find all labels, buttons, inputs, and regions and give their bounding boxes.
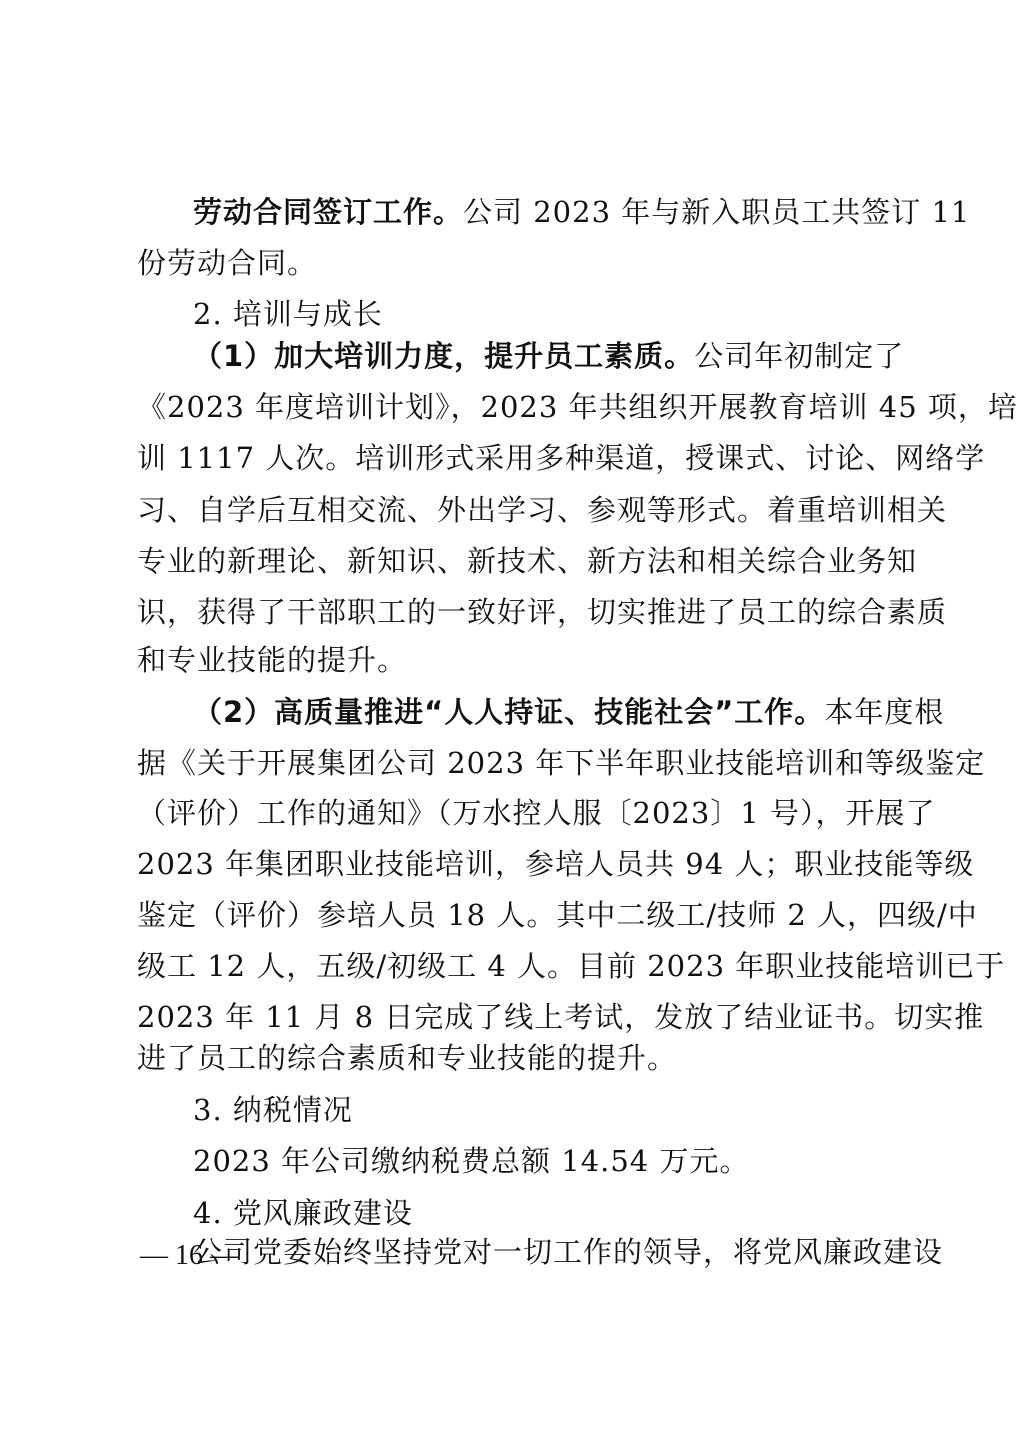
line-text: 和专业技能的提升。 (137, 643, 407, 677)
text-line: 《2023 年度培训计划》，2023 年共组织开展教育培训 45 项，培 (137, 387, 897, 427)
text-line: 2023 年集团职业技能培训，参培人员共 94 人；职业技能等级 (137, 844, 897, 884)
text-line: 据《关于开展集团公司 2023 年下半年职业技能培训和等级鉴定 (137, 743, 897, 783)
line-text: 2023 年 11 月 8 日完成了线上考试，发放了结业证书。切实推 (137, 1000, 984, 1034)
line-text: 3. 纳税情况 (193, 1093, 353, 1127)
text-line: 劳动合同签订工作。公司 2023 年与新入职员工共签订 11 (193, 192, 897, 232)
text-line: （1）加大培训力度，提升员工素质。公司年初制定了 (193, 336, 897, 376)
line-text: 份劳动合同。 (137, 246, 317, 280)
line-text: 公司年初制定了 (694, 339, 904, 373)
bold-heading: （2）高质量推进“人人持证、技能社会”工作。 (193, 695, 824, 729)
line-text: （评价）工作的通知》（万水控人服〔2023〕1 号），开展了 (137, 796, 935, 830)
bold-heading: （1）加大培训力度，提升员工素质。 (193, 339, 694, 373)
line-text: 专业的新理论、新知识、新技术、新方法和相关综合业务知 (137, 544, 917, 578)
line-text: 2023 年公司缴纳税费总额 14.54 万元。 (193, 1144, 749, 1178)
text-line: 2023 年公司缴纳税费总额 14.54 万元。 (193, 1141, 897, 1181)
line-text: 级工 12 人，五级/初级工 4 人。目前 2023 年职业技能培训已于 (137, 949, 1005, 983)
line-text: 公司党委始终坚持党对一切工作的领导，将党风廉政建设 (193, 1235, 943, 1269)
text-line: 级工 12 人，五级/初级工 4 人。目前 2023 年职业技能培训已于 (137, 946, 897, 986)
line-text: 4. 党风廉政建设 (193, 1196, 413, 1230)
bold-heading: 劳动合同签订工作。 (193, 195, 463, 229)
text-line: 3. 纳税情况 (193, 1090, 897, 1130)
text-line: 鉴定（评价）参培人员 18 人。其中二级工/技师 2 人，四级/中 (137, 895, 897, 935)
text-line: （评价）工作的通知》（万水控人服〔2023〕1 号），开展了 (137, 793, 897, 833)
text-line: 专业的新理论、新知识、新技术、新方法和相关综合业务知 (137, 541, 897, 581)
line-text: 2. 培训与成长 (193, 297, 383, 331)
text-line: 识，获得了干部职工的一致好评，切实推进了员工的综合素质 (137, 592, 897, 632)
line-text: 鉴定（评价）参培人员 18 人。其中二级工/技师 2 人，四级/中 (137, 898, 978, 932)
text-line: （2）高质量推进“人人持证、技能社会”工作。本年度根 (193, 692, 897, 732)
text-line: 2023 年 11 月 8 日完成了线上考试，发放了结业证书。切实推 (137, 997, 897, 1037)
text-line: 和专业技能的提升。 (137, 640, 897, 680)
text-line: 公司党委始终坚持党对一切工作的领导，将党风廉政建设 (193, 1232, 897, 1272)
line-text: 2023 年集团职业技能培训，参培人员共 94 人；职业技能等级 (137, 847, 974, 881)
line-text: 《2023 年度培训计划》，2023 年共组织开展教育培训 45 项，培 (137, 390, 1018, 424)
line-text: 识，获得了干部职工的一致好评，切实推进了员工的综合素质 (137, 595, 947, 629)
line-text: 据《关于开展集团公司 2023 年下半年职业技能培训和等级鉴定 (137, 746, 985, 780)
line-text: 本年度根 (824, 695, 944, 729)
page-number: — 16 — (140, 1238, 238, 1274)
line-text: 训 1117 人次。培训形式采用多种渠道，授课式、讨论、网络学 (137, 441, 985, 475)
text-line: 4. 党风廉政建设 (193, 1193, 897, 1233)
text-line: 训 1117 人次。培训形式采用多种渠道，授课式、讨论、网络学 (137, 438, 897, 478)
text-line: 2. 培训与成长 (193, 294, 897, 334)
line-text: 习、自学后互相交流、外出学习、参观等形式。着重培训相关 (137, 493, 947, 527)
text-line: 进了员工的综合素质和专业技能的提升。 (137, 1038, 897, 1078)
text-line: 份劳动合同。 (137, 243, 897, 283)
text-line: 习、自学后互相交流、外出学习、参观等形式。着重培训相关 (137, 490, 897, 530)
line-text: 公司 2023 年与新入职员工共签订 11 (463, 195, 970, 229)
line-text: 进了员工的综合素质和专业技能的提升。 (137, 1041, 677, 1075)
